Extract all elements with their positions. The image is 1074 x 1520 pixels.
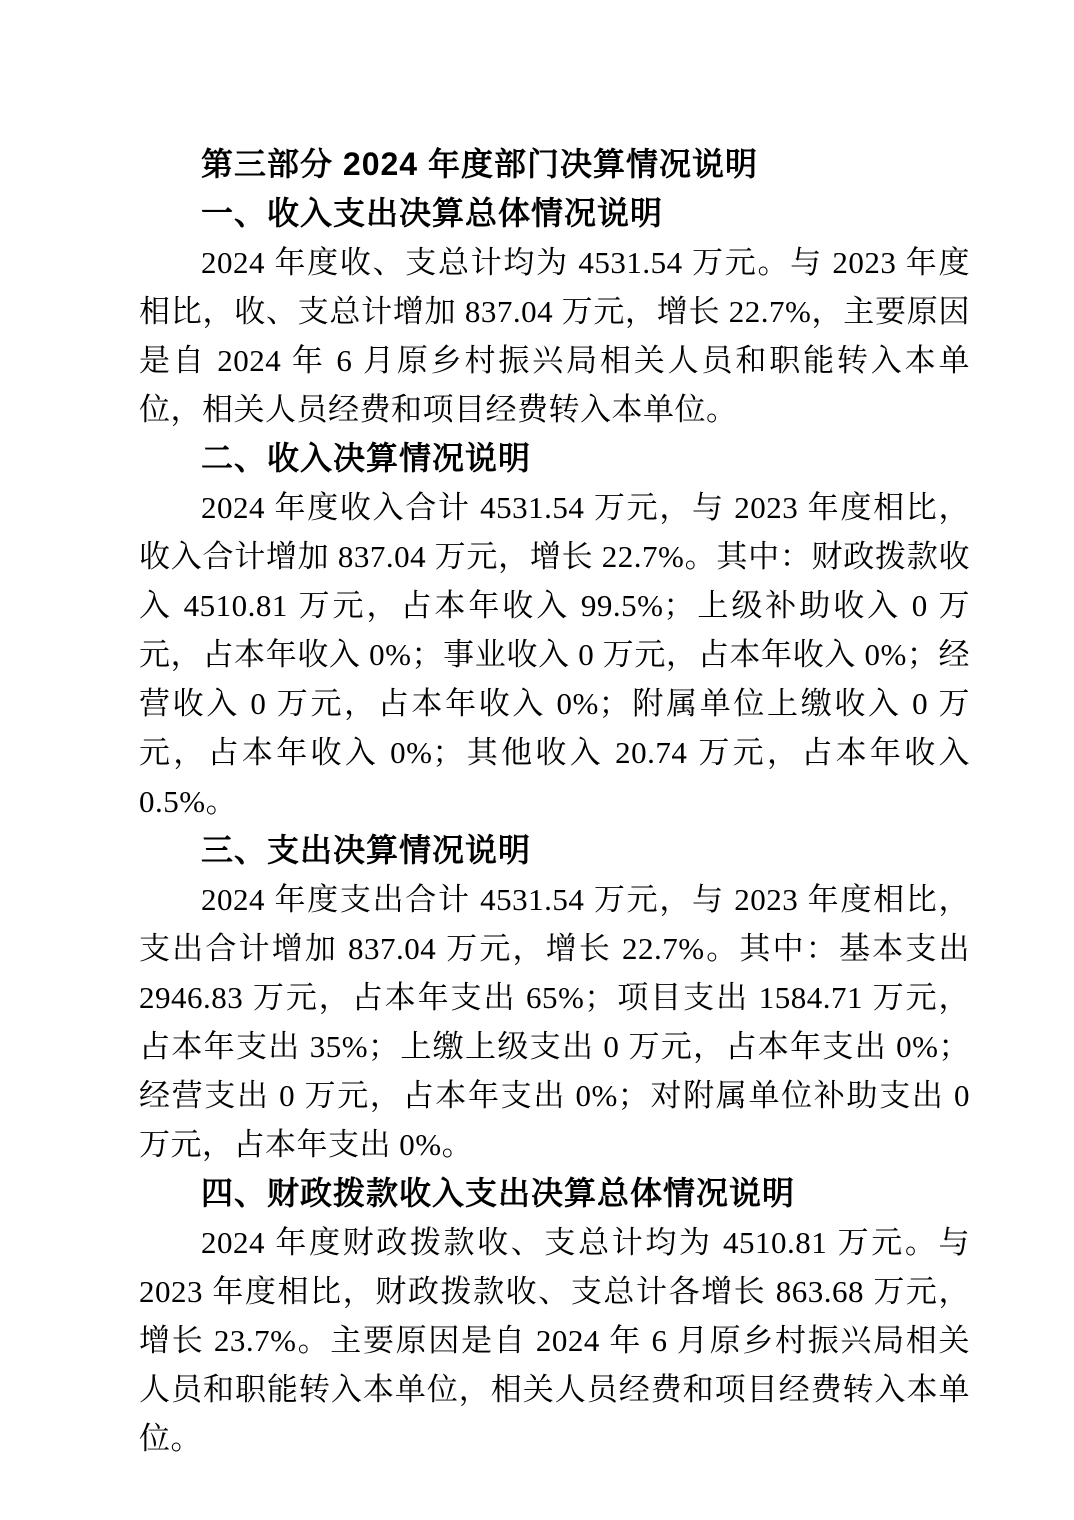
document-page: 第三部分 2024 年度部门决算情况说明 一、收入支出决算总体情况说明 2024… bbox=[0, 0, 1074, 1520]
section-fiscal-appropriation-overview: 四、财政拨款收入支出决算总体情况说明 2024 年度财政拨款收、支总计均为 45… bbox=[139, 1169, 970, 1463]
section-expenditure-detail: 三、支出决算情况说明 2024 年度支出合计 4531.54 万元，与 2023… bbox=[139, 826, 970, 1169]
section-1-paragraph: 2024 年度收、支总计均为 4531.54 万元。与 2023 年度相比，收、… bbox=[139, 238, 970, 434]
section-2-heading: 二、收入决算情况说明 bbox=[139, 434, 970, 483]
section-4-paragraph: 2024 年度财政拨款收、支总计均为 4510.81 万元。与 2023 年度相… bbox=[139, 1218, 970, 1463]
section-1-heading: 一、收入支出决算总体情况说明 bbox=[139, 189, 970, 238]
document-title: 第三部分 2024 年度部门决算情况说明 bbox=[139, 140, 970, 189]
section-3-heading: 三、支出决算情况说明 bbox=[139, 826, 970, 875]
section-4-heading: 四、财政拨款收入支出决算总体情况说明 bbox=[139, 1169, 970, 1218]
section-revenue-expenditure-overview: 一、收入支出决算总体情况说明 2024 年度收、支总计均为 4531.54 万元… bbox=[139, 189, 970, 434]
section-3-paragraph: 2024 年度支出合计 4531.54 万元，与 2023 年度相比，支出合计增… bbox=[139, 875, 970, 1169]
document-content: 第三部分 2024 年度部门决算情况说明 一、收入支出决算总体情况说明 2024… bbox=[139, 140, 970, 1463]
section-2-paragraph: 2024 年度收入合计 4531.54 万元，与 2023 年度相比，收入合计增… bbox=[139, 483, 970, 826]
section-revenue-detail: 二、收入决算情况说明 2024 年度收入合计 4531.54 万元，与 2023… bbox=[139, 434, 970, 826]
